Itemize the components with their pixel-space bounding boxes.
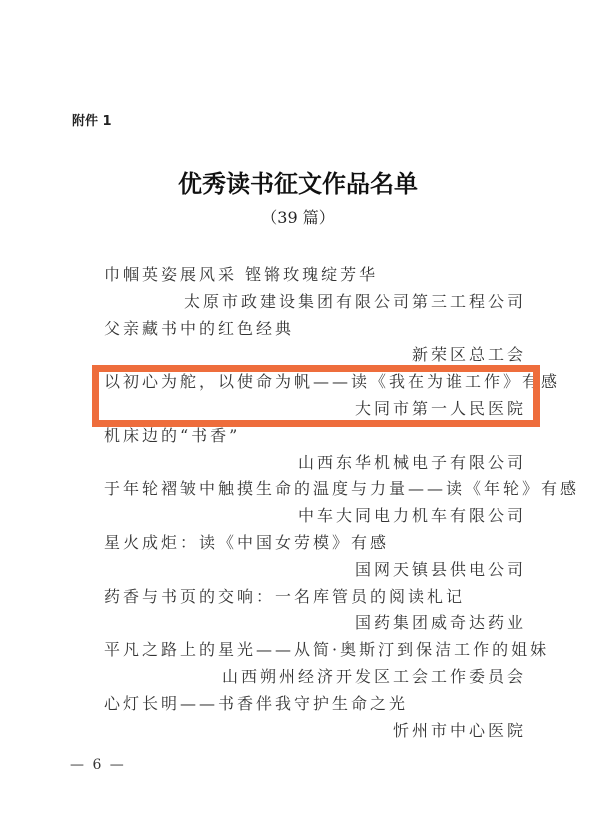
attachment-label: 附件 1 bbox=[72, 110, 112, 129]
entry-org: 新荣区总工会 bbox=[104, 342, 526, 369]
entry-org: 国药集团威奇达药业 bbox=[104, 610, 526, 637]
entry-org-highlighted: 大同市第一人民医院 bbox=[104, 396, 526, 423]
entry-title: 星火成炬：读《中国女劳模》有感 bbox=[104, 530, 524, 557]
page-number: — 6 — bbox=[70, 757, 126, 773]
entry-title: 父亲藏书中的红色经典 bbox=[104, 316, 524, 343]
entry-org: 山西东华机械电子有限公司 bbox=[104, 450, 526, 477]
entry-title: 心灯长明——书香伴我守护生命之光 bbox=[104, 691, 524, 718]
entry-title: 平凡之路上的星光——从简·奥斯汀到保洁工作的姐妹 bbox=[104, 637, 524, 664]
entry-title: 机床边的“书香” bbox=[104, 423, 524, 450]
entry-org: 山西朔州经济开发区工会工作委员会 bbox=[104, 664, 526, 691]
entry-title: 巾帼英姿展风采 铿锵玫瑰绽芳华 bbox=[104, 262, 524, 289]
entry-org: 国网天镇县供电公司 bbox=[104, 557, 526, 584]
entry-title: 于年轮褶皱中触摸生命的温度与力量——读《年轮》有感 bbox=[104, 476, 524, 503]
entry-list: 巾帼英姿展风采 铿锵玫瑰绽芳华 太原市政建设集团有限公司第三工程公司 父亲藏书中… bbox=[104, 262, 524, 744]
entry-org: 中车大同电力机车有限公司 bbox=[104, 503, 526, 530]
entry-org: 太原市政建设集团有限公司第三工程公司 bbox=[104, 289, 526, 316]
entry-org: 忻州市中心医院 bbox=[104, 718, 526, 745]
entry-title: 药香与书页的交响：一名库管员的阅读札记 bbox=[104, 584, 524, 611]
document-subtitle: （39 篇） bbox=[0, 205, 596, 228]
entry-title-highlighted: 以初心为舵，以使命为帆——读《我在为谁工作》有感 bbox=[104, 369, 524, 396]
document-title: 优秀读书征文作品名单 bbox=[0, 164, 596, 199]
